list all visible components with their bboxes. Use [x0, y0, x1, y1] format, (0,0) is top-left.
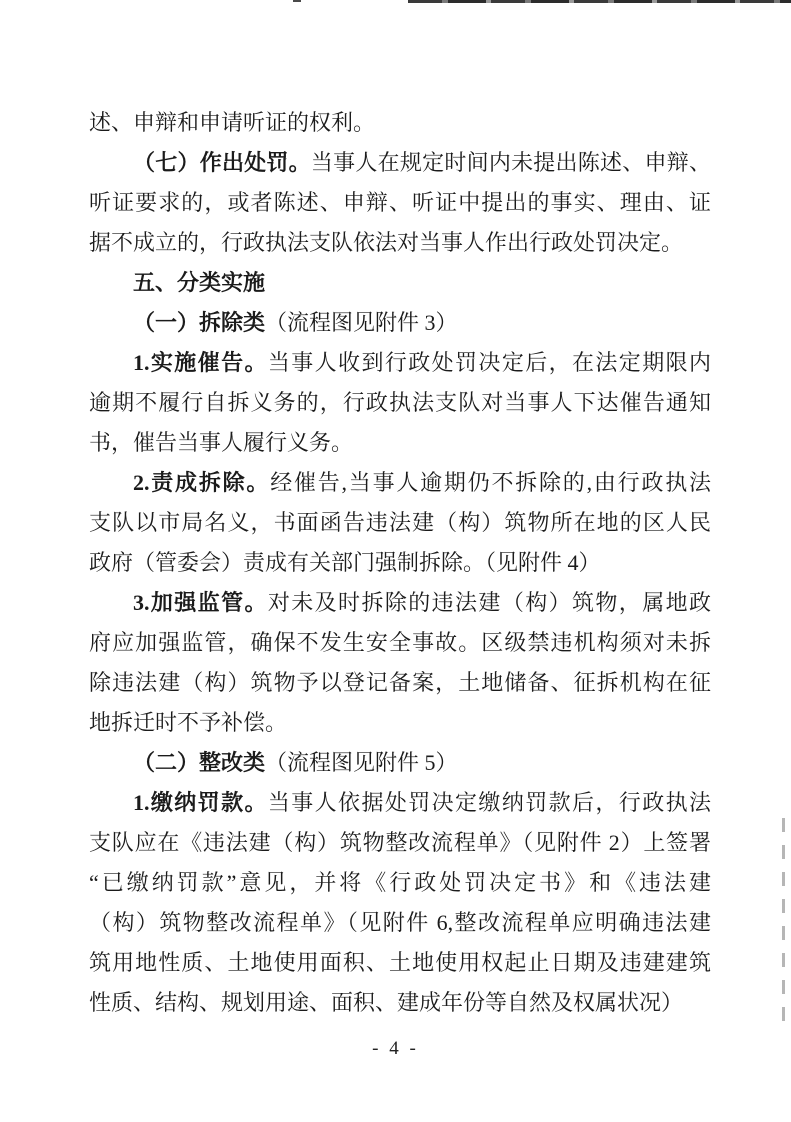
- text-line: 1.缴纳罚款。当事人依据处罚决定缴纳罚款后，行政执法: [89, 783, 711, 823]
- subsection-heading: （七）作出处罚。: [133, 150, 311, 175]
- text-segment: 经催告,当事人逾期仍不拆除的,由行政执法: [270, 470, 711, 495]
- text-segment: （流程图见附件 5）: [265, 750, 458, 775]
- text-line: 逾期不履行自拆义务的，行政执法支队对当事人下达催告通知: [89, 383, 711, 423]
- text-segment: 除违法建（构）筑物予以登记备案，土地储备、征拆机构在征: [89, 670, 711, 695]
- text-line: 3.加强监管。对未及时拆除的违法建（构）筑物，属地政: [89, 583, 711, 623]
- text-line: 地拆迁时不予补偿。: [89, 703, 711, 743]
- text-line: （七）作出处罚。当事人在规定时间内未提出陈述、申辩、: [89, 143, 711, 183]
- document-body: 述、申辩和申请听证的权利。 （七）作出处罚。当事人在规定时间内未提出陈述、申辩、…: [89, 103, 711, 1023]
- text-line: 据不成立的，行政执法支队依法对当事人作出行政处罚决定。: [89, 223, 711, 263]
- scan-artifact-right-edge: [782, 818, 785, 1034]
- text-segment: 支队以市局名义，书面函告违法建（构）筑物所在地的区人民: [89, 510, 711, 535]
- text-line: “已缴纳罚款”意见，并将《行政处罚决定书》和《违法建: [89, 863, 711, 903]
- text-segment: 逾期不履行自拆义务的，行政执法支队对当事人下达催告通知: [89, 390, 711, 415]
- section-heading-text: 五、分类实施: [133, 270, 265, 295]
- text-segment: 听证要求的，或者陈述、申辩、听证中提出的事实、理由、证: [89, 190, 711, 215]
- text-line: 府应加强监管，确保不发生安全事故。区级禁违机构须对未拆: [89, 623, 711, 663]
- text-segment: 当事人依据处罚决定缴纳罚款后，行政执法: [268, 790, 711, 815]
- text-line: 性质、结构、规划用途、面积、建成年份等自然及权属状况）: [89, 983, 711, 1023]
- subsection-heading-line: （一）拆除类（流程图见附件 3）: [89, 303, 711, 343]
- item-heading: 1.实施催告。: [133, 350, 268, 375]
- text-line: 筑用地性质、土地使用面积、土地使用权起止日期及违建建筑: [89, 943, 711, 983]
- text-line: 书，催告当事人履行义务。: [89, 423, 711, 463]
- subsection-heading-line: （二）整改类（流程图见附件 5）: [89, 743, 711, 783]
- text-segment: 府应加强监管，确保不发生安全事故。区级禁违机构须对未拆: [89, 630, 711, 655]
- item-heading: 1.缴纳罚款。: [133, 790, 268, 815]
- text-segment: 书，催告当事人履行义务。: [89, 430, 353, 455]
- text-line: 支队应在《违法建（构）筑物整改流程单》（见附件 2）上签署: [89, 823, 711, 863]
- text-line: 1.实施催告。当事人收到行政处罚决定后，在法定期限内: [89, 343, 711, 383]
- text-segment: 政府（管委会）责成有关部门强制拆除。（见附件 4）: [89, 550, 601, 575]
- subsection-heading: （二）整改类: [133, 750, 265, 775]
- text-line: 2.责成拆除。经催告,当事人逾期仍不拆除的,由行政执法: [89, 463, 711, 503]
- text-line: 听证要求的，或者陈述、申辩、听证中提出的事实、理由、证: [89, 183, 711, 223]
- text-segment: 据不成立的，行政执法支队依法对当事人作出行政处罚决定。: [89, 230, 683, 255]
- section-heading: 五、分类实施: [89, 263, 711, 303]
- item-heading: 3.加强监管。: [133, 590, 268, 615]
- text-line: 除违法建（构）筑物予以登记备案，土地储备、征拆机构在征: [89, 663, 711, 703]
- scan-artifact-top-tick: [293, 0, 301, 2]
- item-heading: 2.责成拆除。: [133, 470, 270, 495]
- text-segment: 支队应在《违法建（构）筑物整改流程单》（见附件 2）上签署: [89, 830, 711, 855]
- text-segment: 当事人收到行政处罚决定后，在法定期限内: [268, 350, 711, 375]
- text-line: 支队以市局名义，书面函告违法建（构）筑物所在地的区人民: [89, 503, 711, 543]
- text-segment: 当事人在规定时间内未提出陈述、申辩、: [311, 150, 711, 175]
- text-segment: （构）筑物整改流程单》（见附件 6,整改流程单应明确违法建: [89, 910, 711, 935]
- subsection-heading: （一）拆除类: [133, 310, 265, 335]
- scanned-document-page: 述、申辩和申请听证的权利。 （七）作出处罚。当事人在规定时间内未提出陈述、申辩、…: [0, 0, 791, 1122]
- text-segment: 性质、结构、规划用途、面积、建成年份等自然及权属状况）: [89, 990, 683, 1015]
- text-segment: “已缴纳罚款”意见，并将《行政处罚决定书》和《违法建: [89, 870, 711, 895]
- text-segment: 对未及时拆除的违法建（构）筑物，属地政: [268, 590, 711, 615]
- text-line: 述、申辩和申请听证的权利。: [89, 103, 711, 143]
- text-line: 政府（管委会）责成有关部门强制拆除。（见附件 4）: [89, 543, 711, 583]
- text-segment: 述、申辩和申请听证的权利。: [89, 110, 375, 135]
- text-segment: 筑用地性质、土地使用面积、土地使用权起止日期及违建建筑: [89, 950, 711, 975]
- text-line: （构）筑物整改流程单》（见附件 6,整改流程单应明确违法建: [89, 903, 711, 943]
- page-number: - 4 -: [0, 1038, 791, 1060]
- text-segment: （流程图见附件 3）: [265, 310, 458, 335]
- scan-artifact-top-edge: [408, 0, 791, 3]
- text-segment: 地拆迁时不予补偿。: [89, 710, 287, 735]
